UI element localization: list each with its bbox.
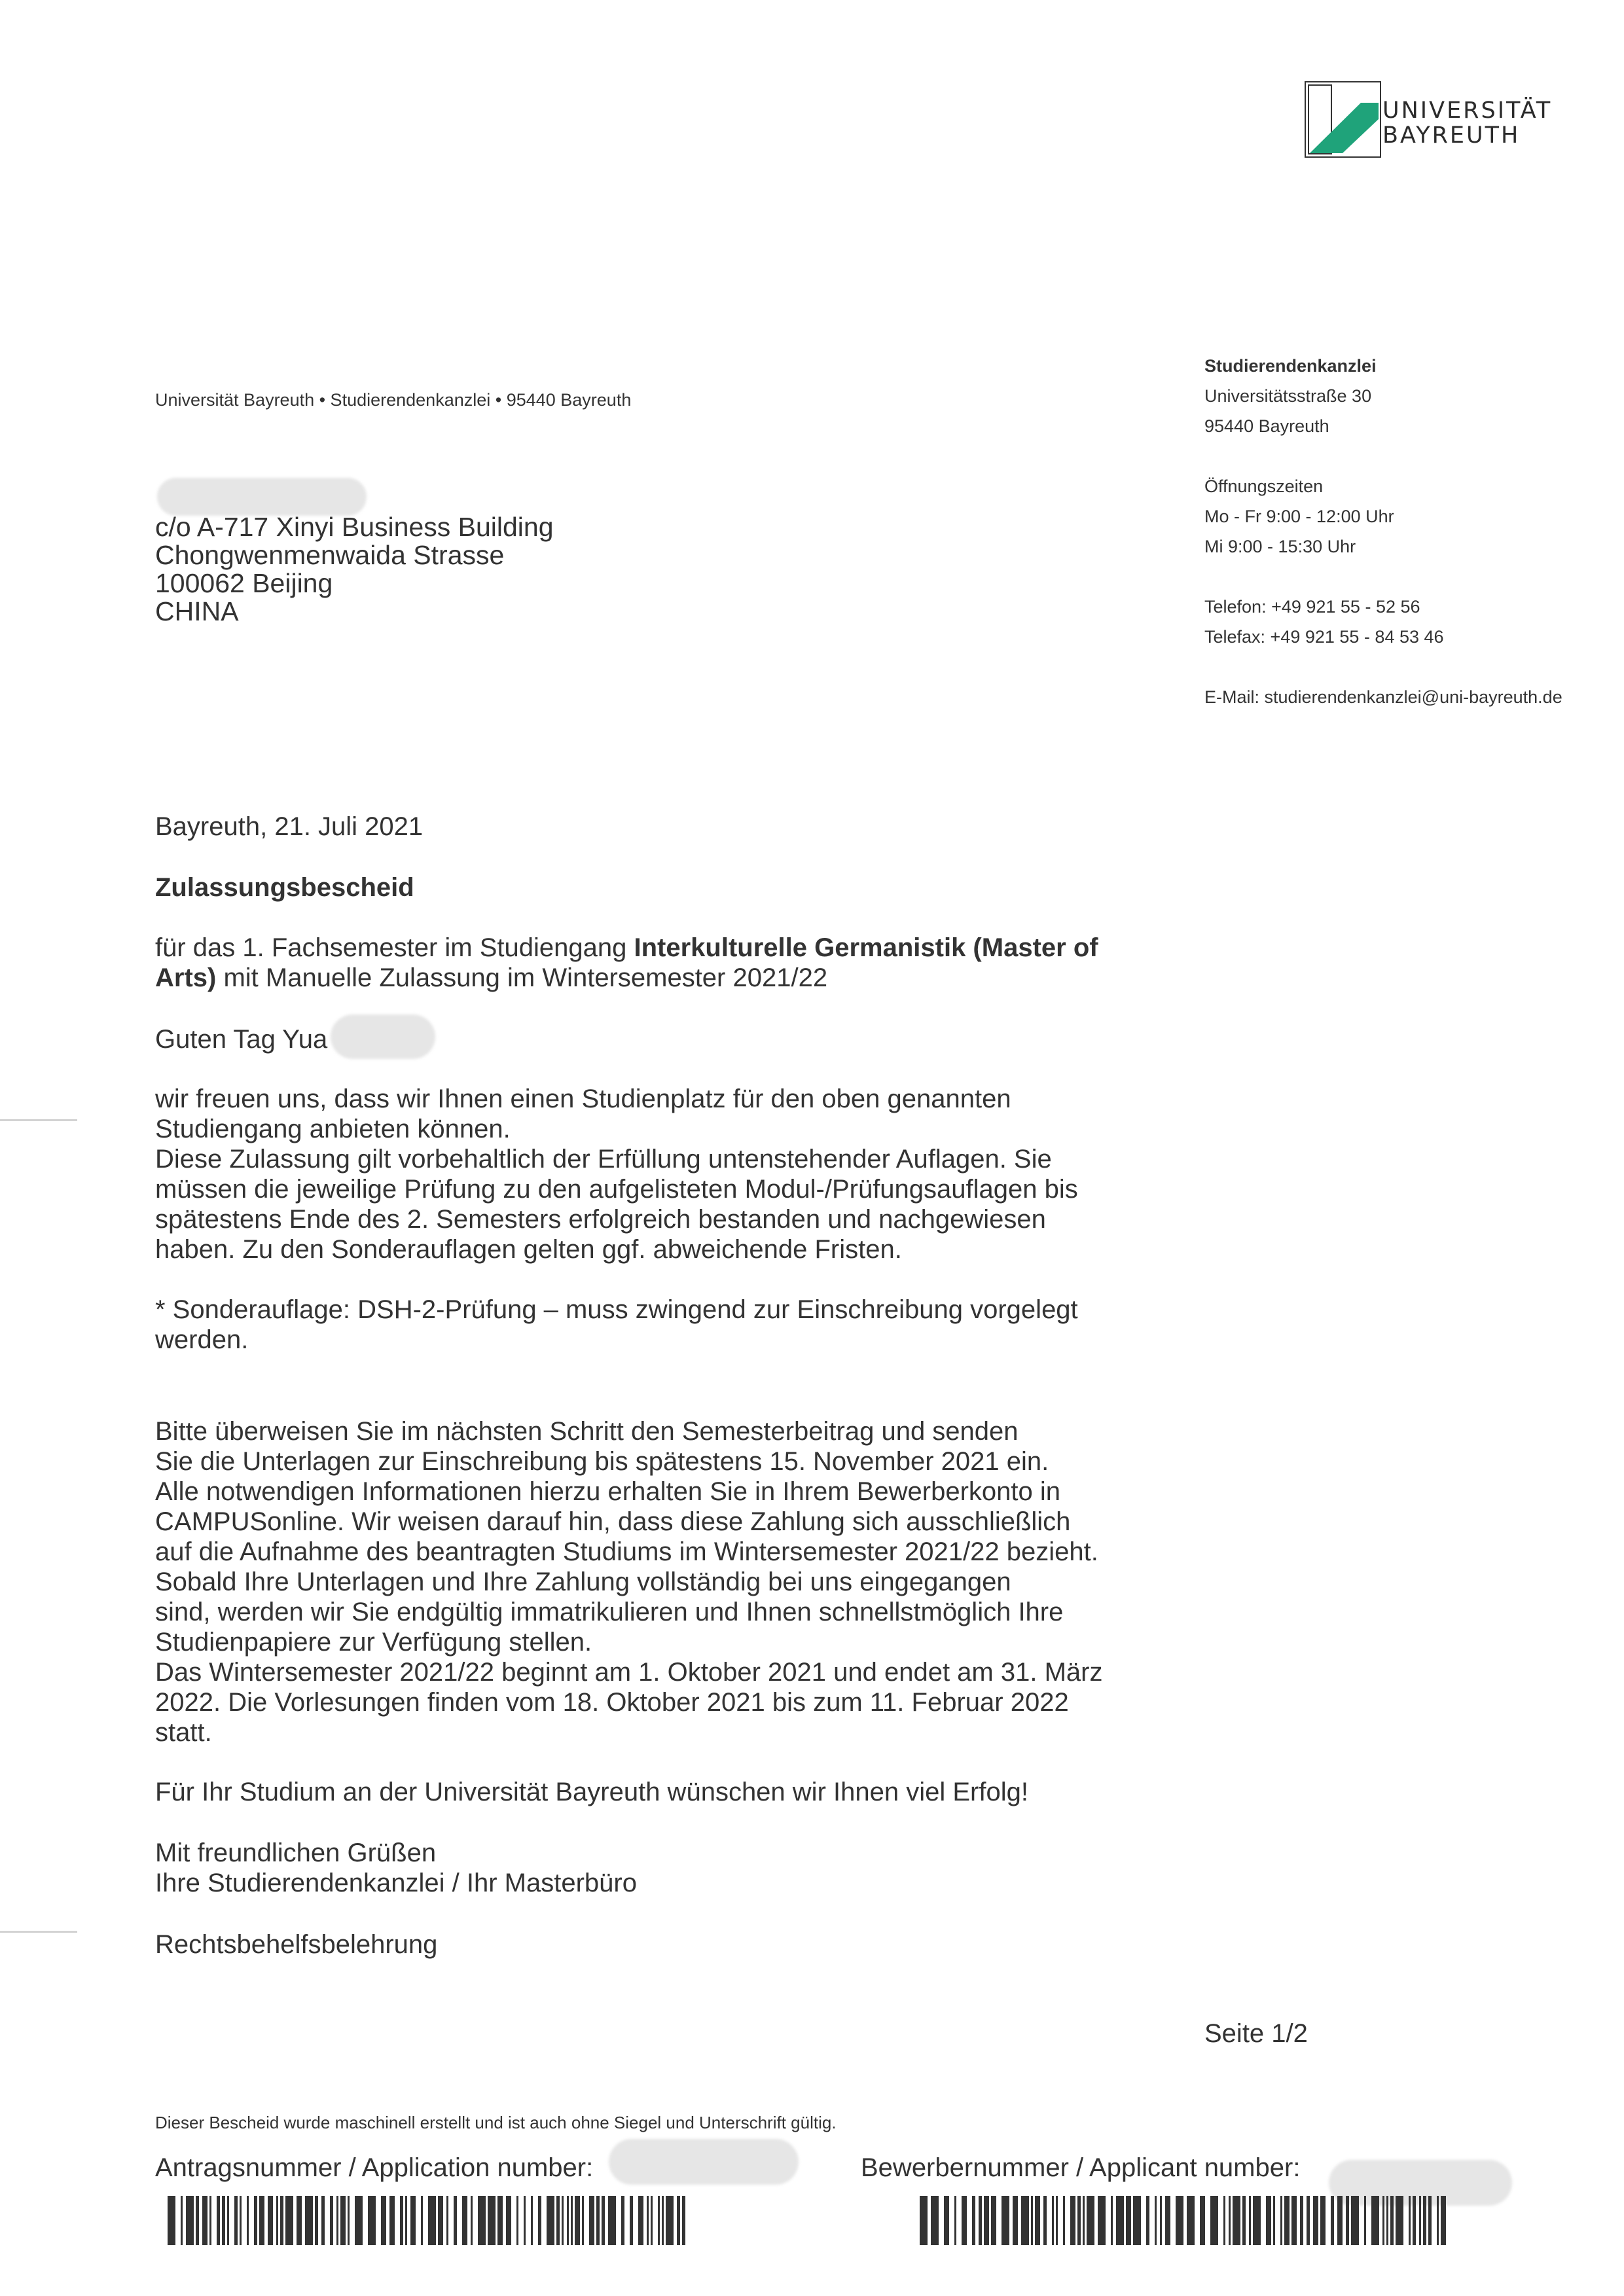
office-phone: Telefon: +49 921 55 - 52 56 [1204, 592, 1562, 622]
paragraph-line: Sie die Unterlagen zur Einschreibung bis… [155, 1446, 1202, 1477]
page-number: Seite 1/2 [1204, 2019, 1308, 2049]
logo-line-2: BAYREUTH [1382, 123, 1552, 148]
paragraph-line: müssen die jeweilige Prüfung zu den aufg… [155, 1174, 1202, 1204]
paragraph-line: spätestens Ende des 2. Semesters erfolgr… [155, 1204, 1202, 1234]
paragraph-line: werden. [155, 1325, 1202, 1355]
applicant-number-label: Bewerbernummer / Applicant number: [861, 2153, 1300, 2183]
paragraph-line: 2022. Die Vorlesungen finden vom 18. Okt… [155, 1687, 1202, 1717]
paragraph-line: auf die Aufnahme des beantragten Studium… [155, 1537, 1202, 1567]
letter-subject: für das 1. Fachsemester im Studiengang I… [155, 933, 1163, 993]
paragraph-line: sind, werden wir Sie endgültig immatriku… [155, 1597, 1202, 1627]
greeting-text: Guten Tag Yua [155, 1025, 327, 1054]
office-street: Universitätsstraße 30 [1204, 381, 1562, 411]
fold-mark-top [0, 1119, 77, 1121]
subject-suffix: mit Manuelle Zulassung im Wintersemester… [216, 963, 827, 992]
paragraph-line: Das Wintersemester 2021/22 beginnt am 1.… [155, 1657, 1202, 1687]
redacted-application-number [609, 2139, 799, 2185]
machine-generated-disclaimer: Dieser Bescheid wurde maschinell erstell… [155, 2113, 837, 2133]
special-condition-paragraph: * Sonderauflage: DSH-2-Prüfung – muss zw… [155, 1295, 1202, 1355]
redacted-recipient-name [157, 478, 367, 516]
recipient-address: c/o A-717 Xinyi Business Building Chongw… [155, 513, 554, 626]
recipient-line-2: Chongwenmenwaida Strasse [155, 541, 554, 569]
paragraph-line: haben. Zu den Sonderauflagen gelten ggf.… [155, 1234, 1202, 1265]
office-name: Studierendenkanzlei [1204, 351, 1562, 381]
closing-salutation: Mit freundlichen Grüßen [155, 1838, 1202, 1868]
closing: Mit freundlichen Grüßen Ihre Studierende… [155, 1838, 1202, 1898]
university-logo-text: UNIVERSITÄT BAYREUTH [1382, 98, 1552, 148]
office-city: 95440 Bayreuth [1204, 411, 1562, 441]
greeting: Guten Tag Yua [155, 1024, 1202, 1054]
letter-title: Zulassungsbescheid [155, 872, 1202, 903]
office-email[interactable]: E-Mail: studierendenkanzlei@uni-bayreuth… [1204, 682, 1562, 712]
admission-paragraph: wir freuen uns, dass wir Ihnen einen Stu… [155, 1084, 1202, 1265]
application-number-label: Antragsnummer / Application number: [155, 2153, 593, 2183]
letter-date: Bayreuth, 21. Juli 2021 [155, 812, 1202, 842]
application-number-barcode [168, 2196, 691, 2245]
paragraph-line: wir freuen uns, dass wir Ihnen einen Stu… [155, 1084, 1202, 1114]
closing-signature: Ihre Studierendenkanzlei / Ihr Masterbür… [155, 1868, 1202, 1898]
opening-hours-label: Öffnungszeiten [1204, 471, 1562, 501]
best-wishes: Für Ihr Studium an der Universität Bayre… [155, 1777, 1202, 1807]
paragraph-line: Studienpapiere zur Verfügung stellen. [155, 1627, 1202, 1657]
recipient-line-3: 100062 Beijing [155, 569, 554, 598]
office-contact-block: Studierendenkanzlei Universitätsstraße 3… [1204, 351, 1562, 712]
legal-remedy-notice: Rechtsbehelfsbelehrung [155, 1929, 1202, 1960]
paragraph-line: Diese Zulassung gilt vorbehaltlich der E… [155, 1144, 1202, 1174]
paragraph-line: * Sonderauflage: DSH-2-Prüfung – muss zw… [155, 1295, 1202, 1325]
sender-return-address: Universität Bayreuth • Studierendenkanzl… [155, 390, 631, 410]
university-logo-mark [1305, 81, 1381, 158]
applicant-number-barcode [920, 2196, 1451, 2245]
redacted-given-name [331, 1014, 435, 1059]
subject-prefix: für das 1. Fachsemester im Studiengang [155, 933, 634, 962]
paragraph-line: Sobald Ihre Unterlagen und Ihre Zahlung … [155, 1567, 1202, 1597]
fold-mark-bottom [0, 1931, 77, 1933]
recipient-line-4: CHINA [155, 598, 554, 626]
opening-hours-wednesday: Mi 9:00 - 15:30 Uhr [1204, 531, 1562, 562]
opening-hours-weekdays: Mo - Fr 9:00 - 12:00 Uhr [1204, 501, 1562, 531]
logo-line-1: UNIVERSITÄT [1382, 98, 1552, 123]
paragraph-line: Bitte überweisen Sie im nächsten Schritt… [155, 1416, 1202, 1446]
paragraph-line: statt. [155, 1717, 1202, 1748]
office-fax: Telefax: +49 921 55 - 84 53 46 [1204, 622, 1562, 652]
enrollment-instructions-paragraph: Bitte überweisen Sie im nächsten Schritt… [155, 1416, 1202, 1748]
recipient-line-1: c/o A-717 Xinyi Business Building [155, 513, 554, 541]
paragraph-line: CAMPUSonline. Wir weisen darauf hin, das… [155, 1507, 1202, 1537]
paragraph-line: Studiengang anbieten können. [155, 1114, 1202, 1144]
paragraph-line: Alle notwendigen Informationen hierzu er… [155, 1477, 1202, 1507]
